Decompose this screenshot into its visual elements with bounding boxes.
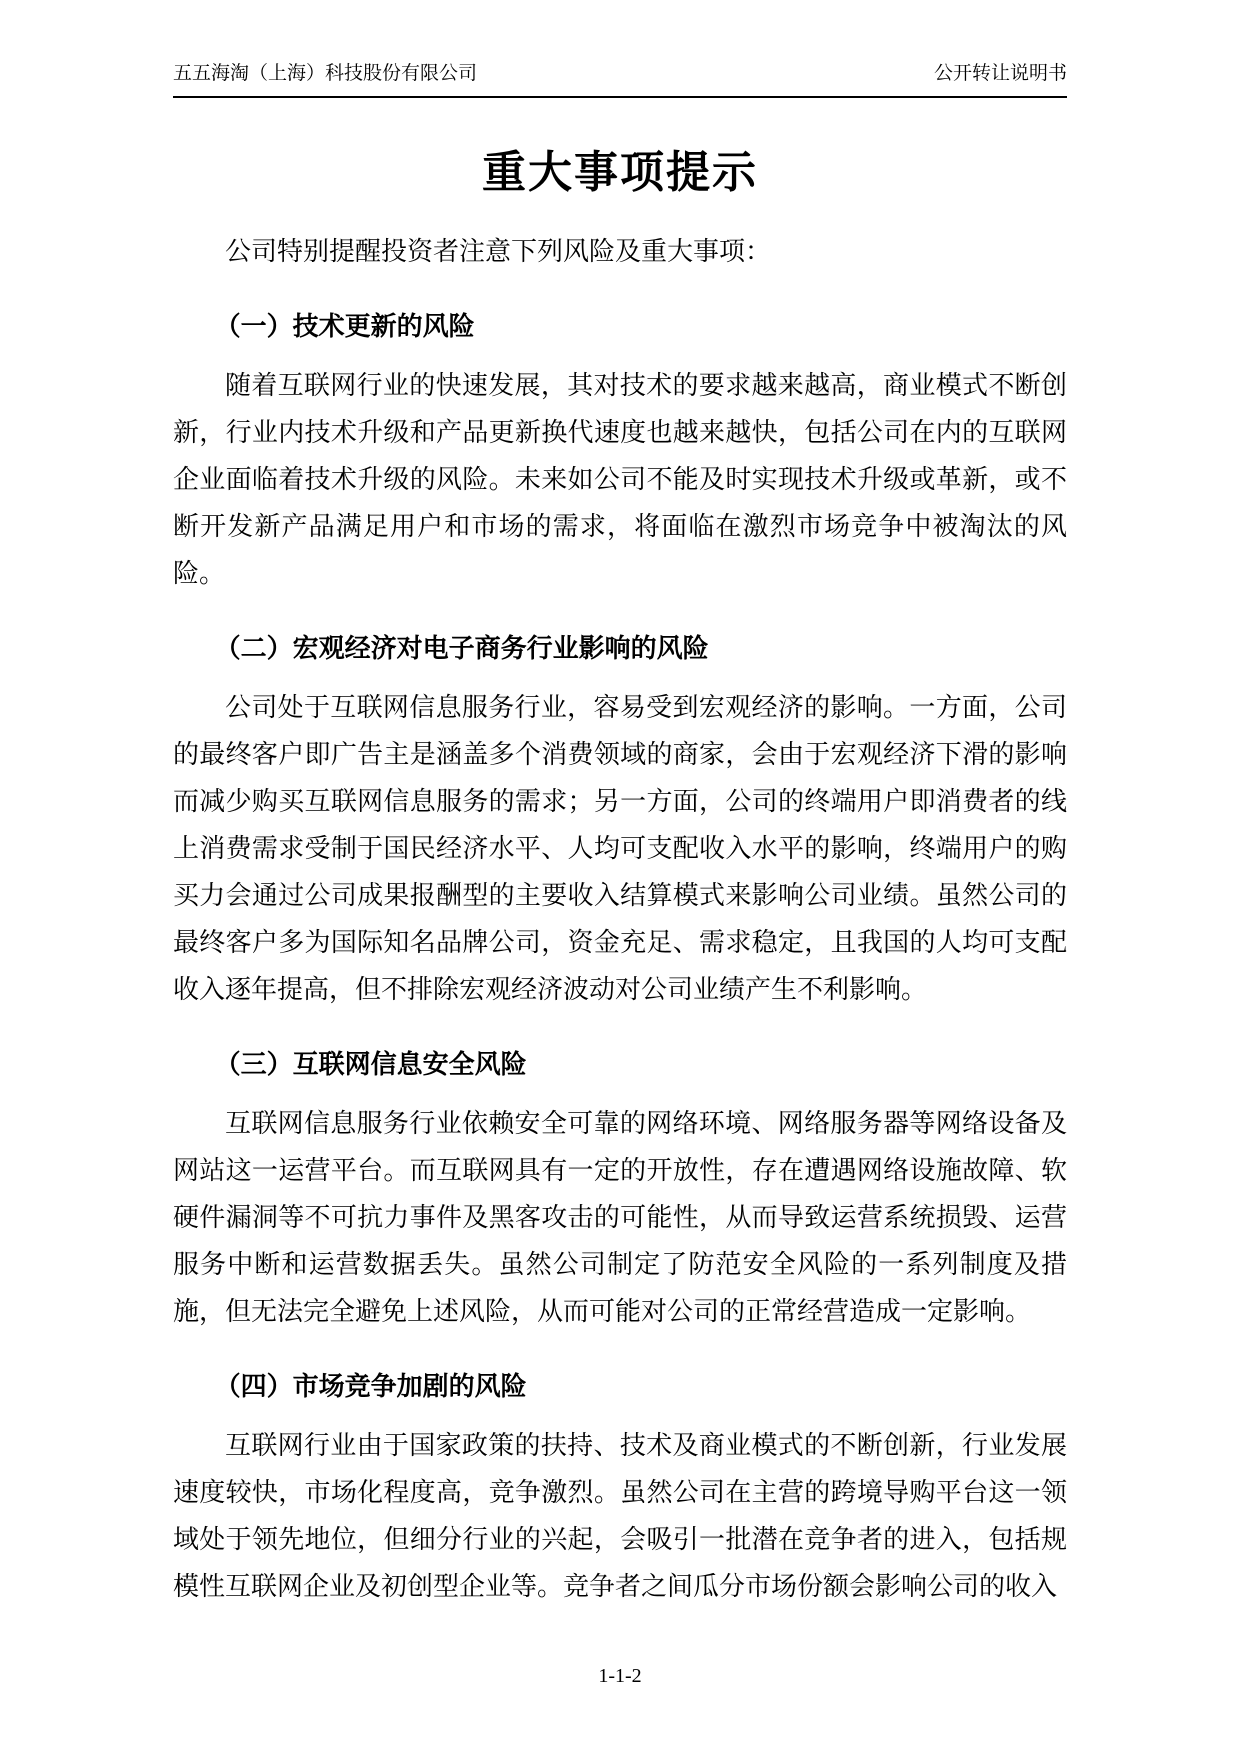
document-page: 五五海淘（上海）科技股份有限公司 公开转让说明书 重大事项提示 公司特别提醒投资… <box>0 0 1240 1754</box>
section-2-heading: （二）宏观经济对电子商务行业影响的风险 <box>173 625 1067 672</box>
section-1: （一）技术更新的风险 随着互联网行业的快速发展，其对技术的要求越来越高，商业模式… <box>173 303 1067 597</box>
section-1-body: 随着互联网行业的快速发展，其对技术的要求越来越高，商业模式不断创新，行业内技术升… <box>173 362 1067 597</box>
header-document-type: 公开转让说明书 <box>934 62 1067 87</box>
page-title: 重大事项提示 <box>173 136 1067 200</box>
section-3-heading: （三）互联网信息安全风险 <box>173 1041 1067 1088</box>
section-4-heading: （四）市场竞争加剧的风险 <box>173 1363 1067 1410</box>
section-4-body: 互联网行业由于国家政策的扶持、技术及商业模式的不断创新，行业发展速度较快，市场化… <box>173 1422 1067 1610</box>
section-3: （三）互联网信息安全风险 互联网信息服务行业依赖安全可靠的网络环境、网络服务器等… <box>173 1041 1067 1335</box>
page-number: 1-1-2 <box>0 1665 1240 1688</box>
section-2-body: 公司处于互联网信息服务行业，容易受到宏观经济的影响。一方面，公司的最终客户即广告… <box>173 684 1067 1013</box>
page-header: 五五海淘（上海）科技股份有限公司 公开转让说明书 <box>173 62 1067 98</box>
page-content: 五五海淘（上海）科技股份有限公司 公开转让说明书 重大事项提示 公司特别提醒投资… <box>0 0 1240 1610</box>
section-1-heading: （一）技术更新的风险 <box>173 303 1067 350</box>
header-company-name: 五五海淘（上海）科技股份有限公司 <box>173 62 477 87</box>
section-3-body: 互联网信息服务行业依赖安全可靠的网络环境、网络服务器等网络设备及网站这一运营平台… <box>173 1100 1067 1335</box>
intro-paragraph: 公司特别提醒投资者注意下列风险及重大事项： <box>173 228 1067 275</box>
section-4: （四）市场竞争加剧的风险 互联网行业由于国家政策的扶持、技术及商业模式的不断创新… <box>173 1363 1067 1610</box>
section-2: （二）宏观经济对电子商务行业影响的风险 公司处于互联网信息服务行业，容易受到宏观… <box>173 625 1067 1013</box>
